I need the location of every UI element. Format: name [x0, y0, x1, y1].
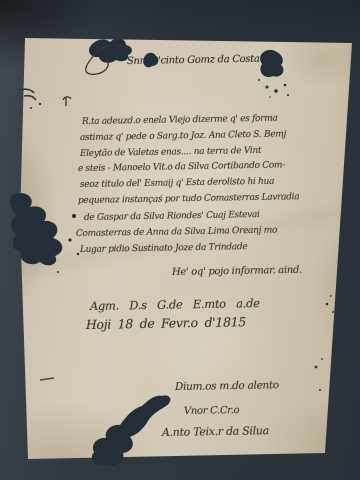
body-line-8: Comasterras de Anna da Silva Lima Oreanj…	[76, 225, 277, 239]
body-line-1: R.ta adeuzd.o enela Viejo dizerme q' es …	[82, 114, 278, 127]
photograph-backdrop: Snr. Ja'cinto Gomz da Costa R.ta adeuzd.…	[0, 0, 360, 480]
closing-line-2: Vnor C.Cr.o	[184, 405, 240, 417]
signature-line: A.nto Teix.r da Silua	[162, 424, 269, 439]
body-line-7: de Gaspar da Silva Riondes' Cuaj Estevai	[84, 210, 260, 223]
closing-line-1: Dium.os m.do alento	[175, 379, 279, 393]
body-line-4: e steis - Manoelo Vit.o da Silva Cortiba…	[78, 160, 285, 174]
body-line-6: pequenaz instançaś por tudo Comasterras …	[78, 192, 300, 206]
body-line-5: seoz titulo del' Esmaij q' Esta derolist…	[80, 177, 274, 190]
heading-line: Snr. Ja'cinto Gomz da Costa	[127, 54, 260, 67]
date-line: Hoji 18 de Fevr.o d'1815	[86, 314, 246, 332]
reply-line: He' oq' pojo informar. aind.	[172, 265, 302, 278]
body-line-2: astimaz q' pede o Sarg.to Joz. Ana Cleto…	[80, 129, 286, 143]
salutation-line: Agm. D.s G.de E.mto a.de	[90, 296, 260, 313]
manuscript-page: Snr. Ja'cinto Gomz da Costa R.ta adeuzd.…	[0, 0, 360, 480]
body-line-3: Eleytão de Valetas enas.... na terra de …	[80, 146, 262, 159]
body-line-9: Lugar pidio Sustinato Joze da Trindade	[80, 242, 248, 255]
